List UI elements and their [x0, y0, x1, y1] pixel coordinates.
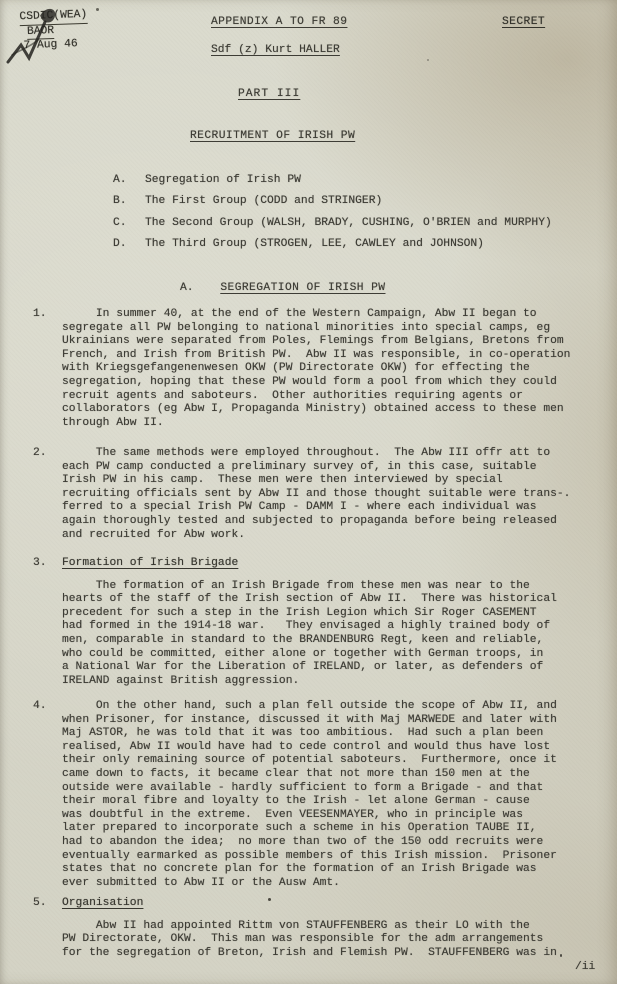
contents-item: D. The Third Group (STROGEN, LEE, CAWLEY… — [113, 238, 552, 259]
contents-item-label: The Third Group (STROGEN, LEE, CAWLEY an… — [145, 238, 484, 252]
document-title: RECRUITMENT OF IRISH PW — [190, 130, 355, 144]
paragraph-text: The same methods were employed throughou… — [62, 447, 573, 542]
paragraph-text: In summer 40, at the end of the Western … — [62, 308, 573, 430]
paragraph-number: 4. — [33, 700, 47, 714]
paragraph-text: Abw II had appointed Rittm von STAUFFENB… — [62, 920, 573, 961]
handwritten-scribble-icon — [0, 0, 100, 80]
paragraph-number: 3. — [33, 557, 47, 571]
paragraph-number: 1. — [33, 308, 47, 322]
contents-list: A. Segregation of Irish PW B. The First … — [113, 174, 552, 259]
contents-item-letter: A. — [113, 174, 145, 188]
classification-marking: SECRET — [502, 16, 545, 30]
paragraph-text: The formation of an Irish Brigade from t… — [62, 580, 573, 689]
paragraph-heading: Organisation — [62, 897, 573, 911]
paper-speck — [427, 59, 429, 61]
contents-item-label: The First Group (CODD and STRINGER) — [145, 195, 382, 209]
section-a-heading: A. SEGREGATION OF IRISH PW — [180, 282, 385, 296]
contents-item-letter: C. — [113, 217, 145, 231]
paper-speck — [96, 8, 99, 11]
paper-speck — [560, 954, 562, 957]
contents-item-letter: B. — [113, 195, 145, 209]
subject-line: Sdf (z) Kurt HALLER — [211, 44, 340, 58]
appendix-title: APPENDIX A TO FR 89 — [211, 16, 347, 30]
contents-item-letter: D. — [113, 238, 145, 252]
contents-item: A. Segregation of Irish PW — [113, 174, 552, 195]
paragraph-3: 3. Formation of Irish Brigade The format… — [33, 557, 573, 688]
part-title: PART III — [238, 88, 300, 102]
section-a-title: SEGREGATION OF IRISH PW — [220, 282, 385, 294]
paragraph-number: 2. — [33, 447, 47, 461]
paragraph-4: 4. On the other hand, such a plan fell o… — [33, 700, 573, 890]
paragraph-5: 5. Organisation Abw II had appointed Rit… — [33, 897, 573, 960]
paragraph-2: 2. The same methods were employed throug… — [33, 447, 573, 542]
document-page: CSDIC(WEA) BAOR 7 Aug 46 APPENDIX A TO F… — [0, 0, 617, 984]
paragraph-number: 5. — [33, 897, 47, 911]
contents-item: B. The First Group (CODD and STRINGER) — [113, 195, 552, 216]
contents-item-label: The Second Group (WALSH, BRADY, CUSHING,… — [145, 217, 552, 231]
contents-item: C. The Second Group (WALSH, BRADY, CUSHI… — [113, 217, 552, 238]
paper-speck — [268, 898, 271, 901]
paragraph-1: 1. In summer 40, at the end of the Weste… — [33, 308, 573, 430]
page-continuation-marker: /ii — [575, 961, 595, 975]
section-a-letter: A. — [180, 282, 194, 294]
paragraph-text: On the other hand, such a plan fell outs… — [62, 700, 573, 890]
paragraph-heading: Formation of Irish Brigade — [62, 557, 573, 571]
contents-item-label: Segregation of Irish PW — [145, 174, 301, 188]
